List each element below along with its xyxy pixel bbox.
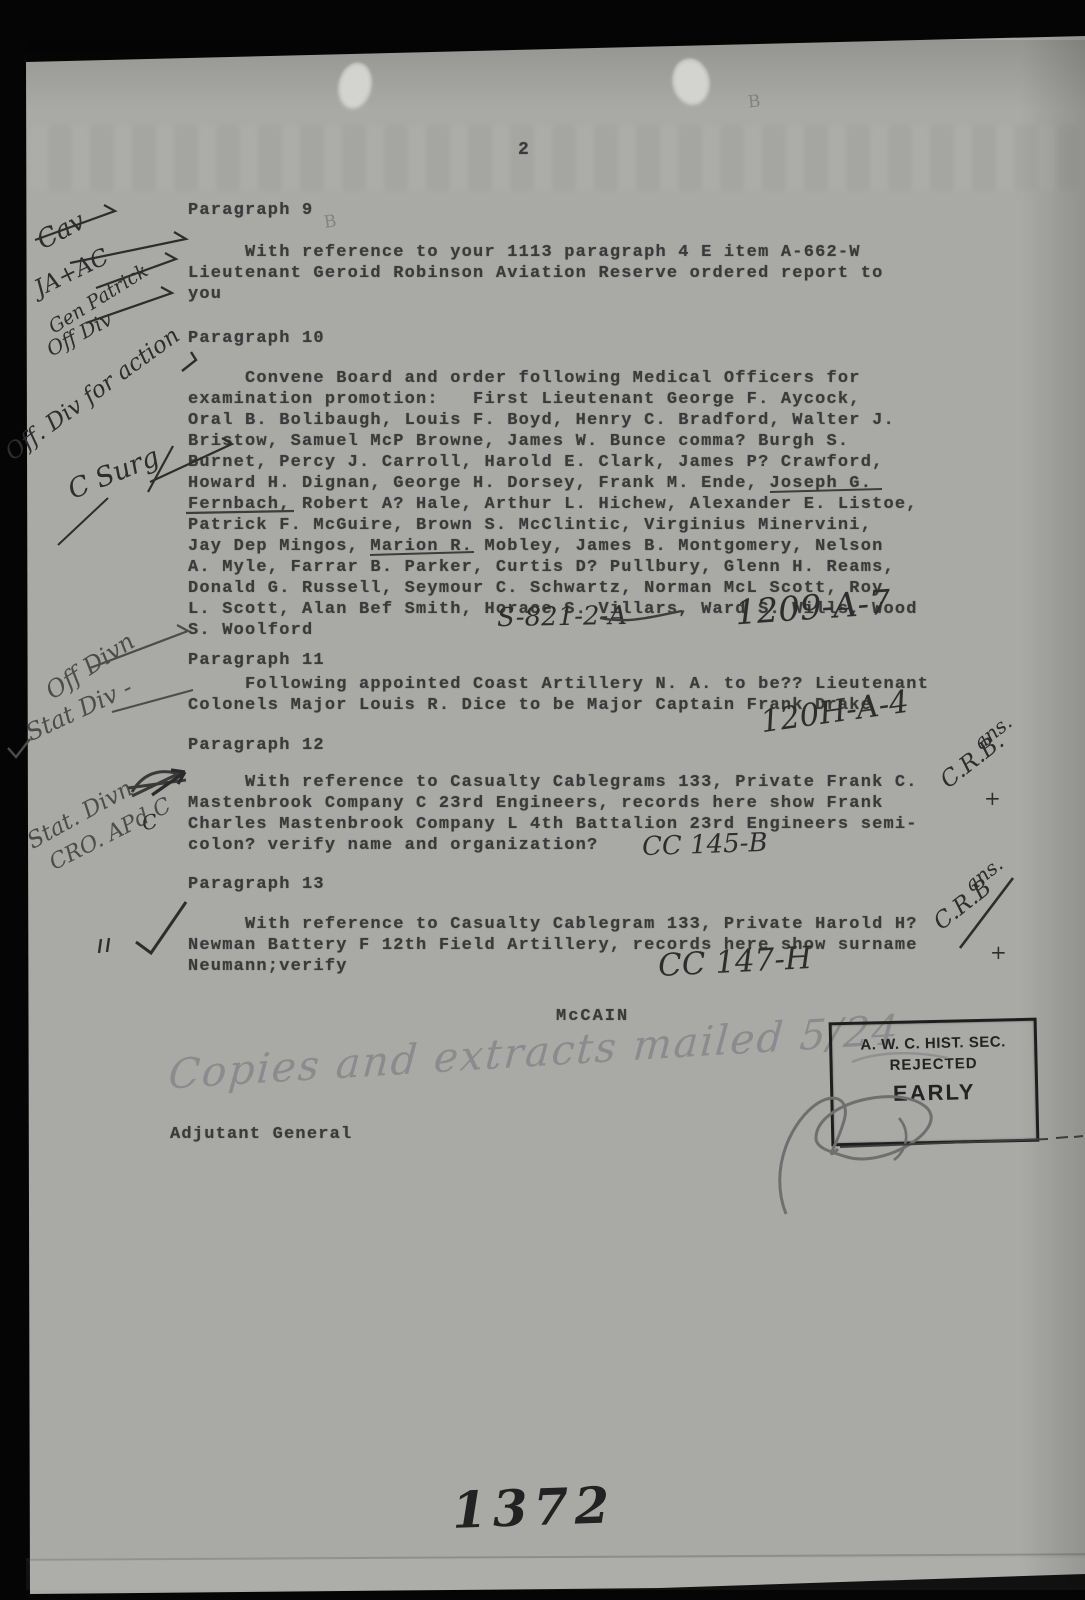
stamp-line-early: EARLY (833, 1078, 1036, 1109)
paragraph-11-label: Paragraph 11 (188, 650, 325, 671)
paragraph-12-body: With reference to Casualty Cablegrams 13… (188, 772, 918, 856)
margin-note-plus-p13: + (990, 940, 1007, 964)
closing-title: Adjutant General (170, 1124, 352, 1145)
page-number: 2 (518, 140, 530, 161)
faint-mark-top: B (747, 91, 762, 112)
paragraph-10-label: Paragraph 10 (188, 328, 325, 349)
paragraph-12-label: Paragraph 12 (188, 735, 325, 756)
stamp-line-rejected: REJECTED (832, 1054, 1034, 1076)
paragraph-9-label: Paragraph 9 (188, 200, 313, 221)
check-left-edge-p11 (8, 739, 30, 757)
paragraph-9-body: With reference to your 1113 paragraph 4 … (188, 242, 884, 305)
file-ref-cc145: CC 145-B (642, 828, 769, 862)
rejection-stamp: A. W. C. HIST. SEC. REJECTED EARLY (829, 1018, 1040, 1147)
paragraph-13-label: Paragraph 13 (188, 874, 325, 895)
margin-note-plus-p12: + (984, 786, 1001, 810)
bottom-page-catalog-number: 1372 (451, 1475, 616, 1540)
faint-mark-paragraph9: B (323, 211, 338, 233)
file-ref-s821: S-821-2-A (497, 601, 628, 633)
stamp-line-awc-hist-sec: A. W. C. HIST. SEC. (832, 1033, 1034, 1055)
scanned-document-page: B B 2 Paragraph 9 With reference to your… (0, 0, 1085, 1600)
